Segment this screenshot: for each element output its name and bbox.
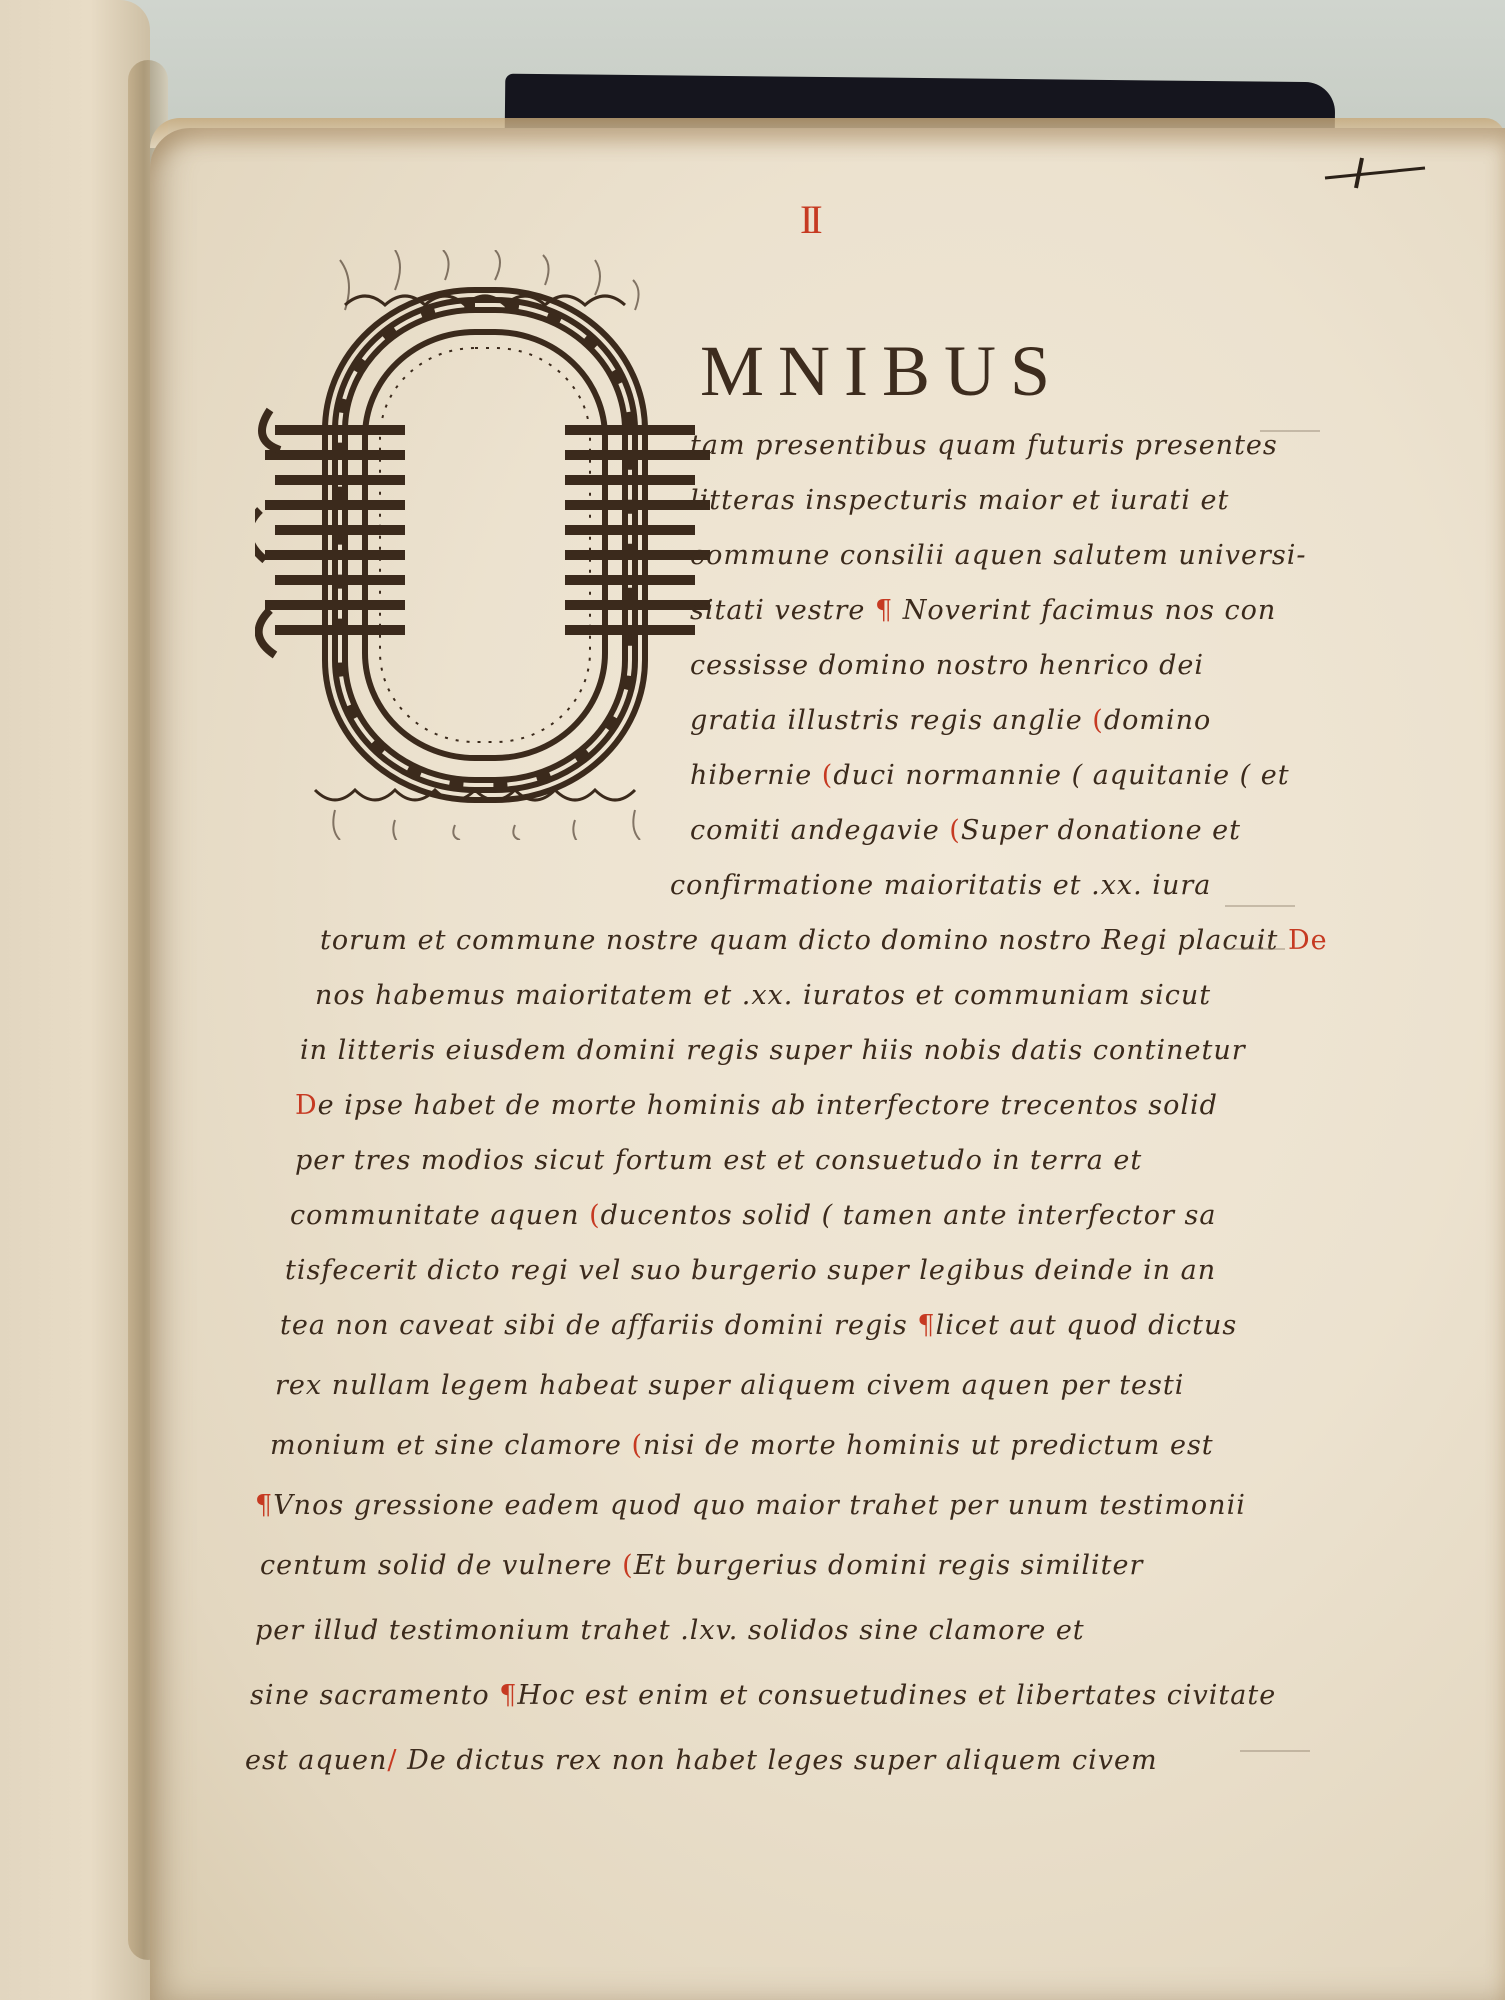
- margin-ruling: [1225, 905, 1295, 907]
- initial-o-icon: [255, 250, 715, 840]
- cross-mark-icon: [1320, 150, 1430, 190]
- text-line-15: communitate aquen (ducentos solid ( tame…: [290, 1200, 1217, 1231]
- section-number: II: [800, 196, 819, 243]
- text-line-16: tisfecerit dicto regi vel suo burgerio s…: [285, 1255, 1216, 1286]
- incipit-heading: MNIBUS: [700, 330, 1064, 413]
- text-line-19: monium et sine clamore (nisi de morte ho…: [270, 1430, 1214, 1461]
- margin-ruling: [1225, 948, 1285, 950]
- paragraph-mark: ¶: [875, 595, 893, 626]
- text-line-18: rex nullam legem habeat super aliquem ci…: [275, 1370, 1184, 1401]
- text-line-13: De ipse habet de morte hominis ab interf…: [295, 1090, 1218, 1121]
- text-line-21: centum solid de vulnere (Et burgerius do…: [260, 1550, 1143, 1581]
- text-line-14: per tres modios sicut fortum est et cons…: [295, 1145, 1142, 1176]
- text-line-17: tea non caveat sibi de affariis domini r…: [280, 1310, 1237, 1341]
- folio-mark: [1320, 150, 1430, 190]
- text-line-24: est aquen/ De dictus rex non habet leges…: [245, 1745, 1158, 1776]
- text-line-23: sine sacramento ¶Hoc est enim et consuet…: [250, 1680, 1276, 1711]
- text-line-22: per illud testimonium trahet .lxv. solid…: [255, 1615, 1085, 1646]
- text-line-4: sitati vestre ¶ Noverint facimus nos con: [690, 595, 1276, 626]
- text-line-9: confirmatione maioritatis et .xx. iura: [670, 870, 1211, 901]
- text-line-6: gratia illustris regis anglie (domino: [690, 705, 1211, 736]
- text-line-8: comiti andegavie (Super donatione et: [690, 815, 1241, 846]
- margin-ruling: [1260, 430, 1320, 432]
- margin-ruling: [1240, 1750, 1310, 1752]
- text-line-12: in litteris eiusdem domini regis super h…: [300, 1035, 1246, 1066]
- text-line-11: nos habemus maioritatem et .xx. iuratos …: [315, 980, 1211, 1011]
- text-line-3: commune consilii aquen salutem universi-: [690, 540, 1307, 571]
- text-line-2: litteras inspecturis maior et iurati et: [690, 485, 1229, 516]
- text-line-1: tam presentibus quam futuris presentes: [690, 430, 1278, 461]
- decorated-initial: [255, 250, 715, 840]
- text-line-20: ¶Vnos gressione eadem quod quo maior tra…: [255, 1490, 1246, 1521]
- text-line-5: cessisse domino nostro henrico dei: [690, 650, 1204, 681]
- text-line-10: torum et commune nostre quam dicto domin…: [320, 925, 1328, 956]
- text-line-7: hibernie (duci normannie ( aquitanie ( e…: [690, 760, 1290, 791]
